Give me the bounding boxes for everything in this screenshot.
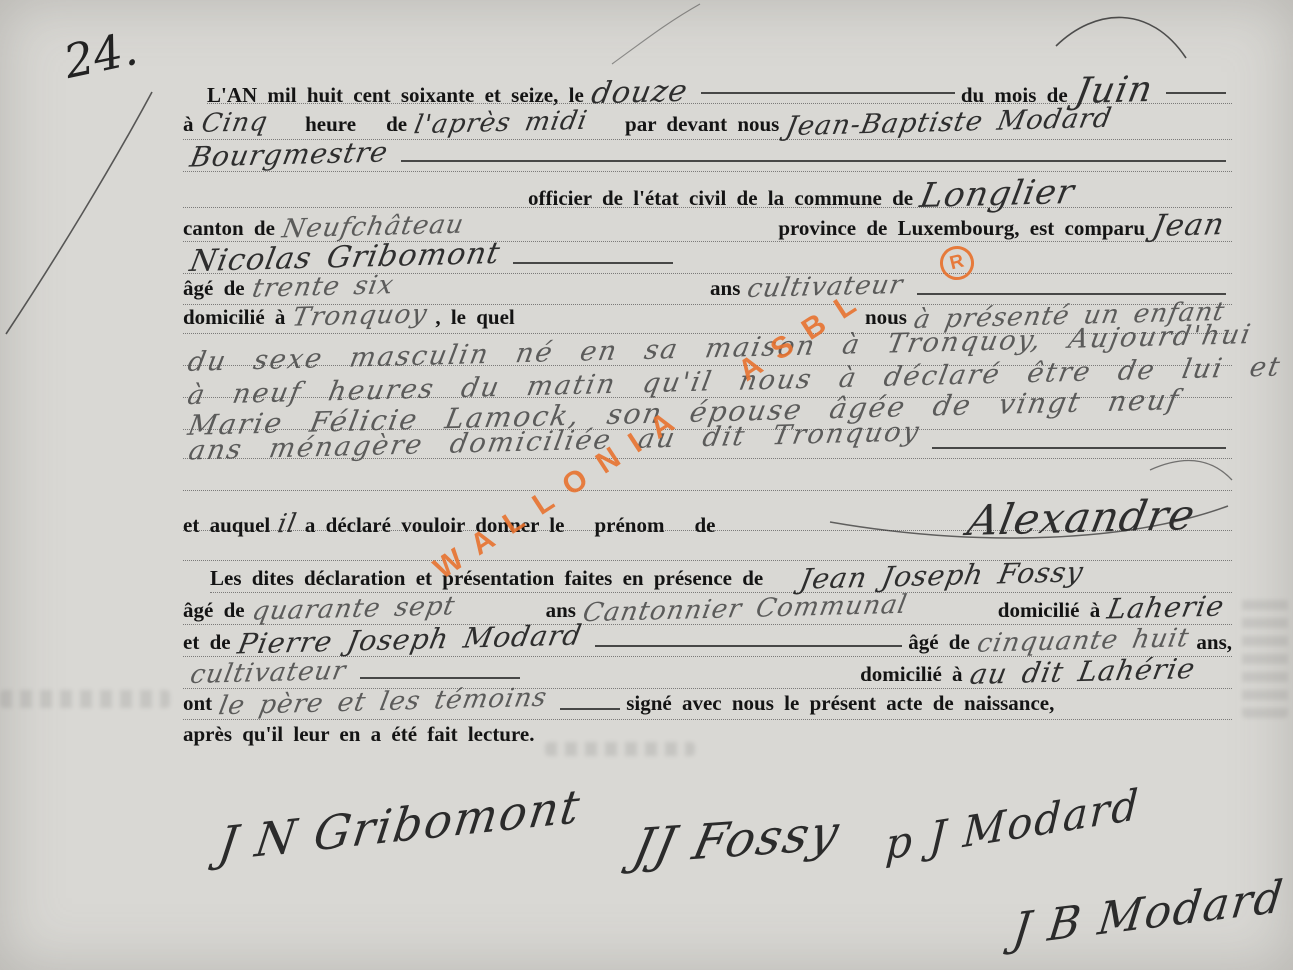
printed-text: heure (305, 112, 356, 137)
printed-text: canton de (183, 216, 275, 241)
form-line-witness2-residence: cultivateur domicilié à au dit Lahérie (183, 658, 1232, 689)
pen-stroke (932, 447, 1226, 449)
form-line-witness1-details: âgé de quarante sept ans Cantonnier Comm… (183, 594, 1232, 625)
pen-stroke (360, 677, 520, 679)
handwritten-witness1-profession: Cantonnier Communal (581, 592, 910, 626)
form-line-witnesses: Les dites déclaration et présentation fa… (210, 562, 1232, 593)
handwritten-day: douze (589, 77, 690, 109)
handwritten-witness2-name: Pierre Joseph Modard (235, 622, 584, 659)
signature-officer: J B Modard (1010, 871, 1287, 956)
form-line-commune: officier de l'état civil de la commune d… (183, 177, 1232, 208)
pen-stroke (401, 160, 1226, 162)
form-line-lecture: après qu'il leur en a été fait lecture. (183, 722, 1232, 752)
printed-text: province de Luxembourg, est comparu (778, 216, 1145, 241)
printed-text: officier de l'état civil de la commune d… (528, 186, 913, 211)
signature-declarant: J N Gribomont (215, 778, 585, 871)
handwritten-signers: le père et les témoins (217, 685, 550, 720)
form-line-date: L'AN mil huit cent soixante et seize, le… (207, 73, 1232, 104)
handwritten-witness1-name: Jean Joseph Fossy (798, 558, 1086, 593)
printed-text: domicilié à (998, 598, 1100, 623)
pen-stroke (513, 262, 673, 264)
signature-witness2: p J Modard (884, 779, 1141, 869)
pen-stroke (701, 92, 955, 94)
printed-text: ans (710, 276, 740, 301)
bleed-through-smudge (0, 690, 170, 708)
printed-text: ans, (1196, 630, 1232, 655)
printed-text: , le quel (435, 305, 514, 330)
bleed-through-smudge (1242, 598, 1288, 718)
printed-text: domicilié à (183, 305, 285, 330)
form-line-declarant-name: Nicolas Gribomont (183, 243, 1232, 274)
form-line-officer-title: Bourgmestre (183, 141, 1232, 172)
handwritten-officer-title: Bourgmestre (188, 138, 391, 171)
printed-text: L'AN mil huit cent soixante et seize, le (207, 83, 584, 108)
printed-text: à (183, 112, 194, 137)
handwritten-residence: Tronquoy (291, 301, 430, 330)
form-line-firstname: et auquel il a déclaré vouloir donner le… (183, 497, 1232, 531)
printed-text: âgé de (183, 276, 245, 301)
birth-record-scan: 24. L'AN mil huit cent soixante et seize… (0, 0, 1293, 970)
act-number: 24. (59, 21, 142, 89)
handwritten-commune: Longlier (918, 175, 1078, 213)
handwritten-hour: Cinq (199, 109, 270, 137)
handwritten-officer-name: Jean-Baptiste Modard (784, 105, 1115, 140)
handwritten-time-of-day: l'après midi (412, 108, 590, 138)
printed-text: de (386, 112, 407, 137)
form-line-canton: canton de Neufchâteau province de Luxemb… (183, 211, 1232, 242)
printed-text: Les dites déclaration et présentation fa… (210, 566, 763, 591)
form-line-witness2: et de Pierre Joseph Modard âgé de cinqua… (183, 626, 1232, 657)
printed-text: âgé de (908, 630, 970, 655)
handwritten-age: trente six (250, 272, 396, 302)
form-line-signing-clause: ont le père et les témoins signé avec no… (183, 689, 1232, 720)
printed-text: après qu'il leur en a été fait lecture. (183, 722, 535, 747)
pen-stroke (595, 645, 903, 647)
pen-stroke (917, 293, 1226, 295)
form-line-mother-residence: ans ménagère domiciliée au dit Tronquoy (183, 428, 1232, 459)
handwritten-witness2-profession: cultivateur (188, 658, 348, 688)
form-rule (183, 460, 1232, 491)
signature-witness1: JJ Fossy (628, 804, 845, 875)
handwritten-witness1-age: quarante sept (250, 593, 457, 624)
handwritten-witness2-age: cinquante huit (975, 625, 1192, 657)
pen-stroke (560, 708, 620, 710)
printed-text: signé avec nous le présent acte de naiss… (626, 691, 1054, 716)
handwritten-profession: cultivateur (746, 272, 906, 302)
printed-text: âgé de (183, 598, 245, 623)
printed-text: domicilié à (860, 662, 962, 687)
handwritten-declarant-firstname: Jean (1150, 210, 1227, 242)
handwritten-witness1-residence: Laherie (1105, 592, 1227, 623)
pen-stroke (1166, 92, 1226, 94)
printed-text: ont (183, 691, 212, 716)
handwritten-witness2-residence: au dit Lahérie (967, 655, 1197, 689)
printed-text: par devant nous (625, 112, 779, 137)
printed-text: et de (183, 630, 231, 655)
form-line-hour-officer: à Cinq heure de l'après midi par devant … (183, 109, 1232, 140)
